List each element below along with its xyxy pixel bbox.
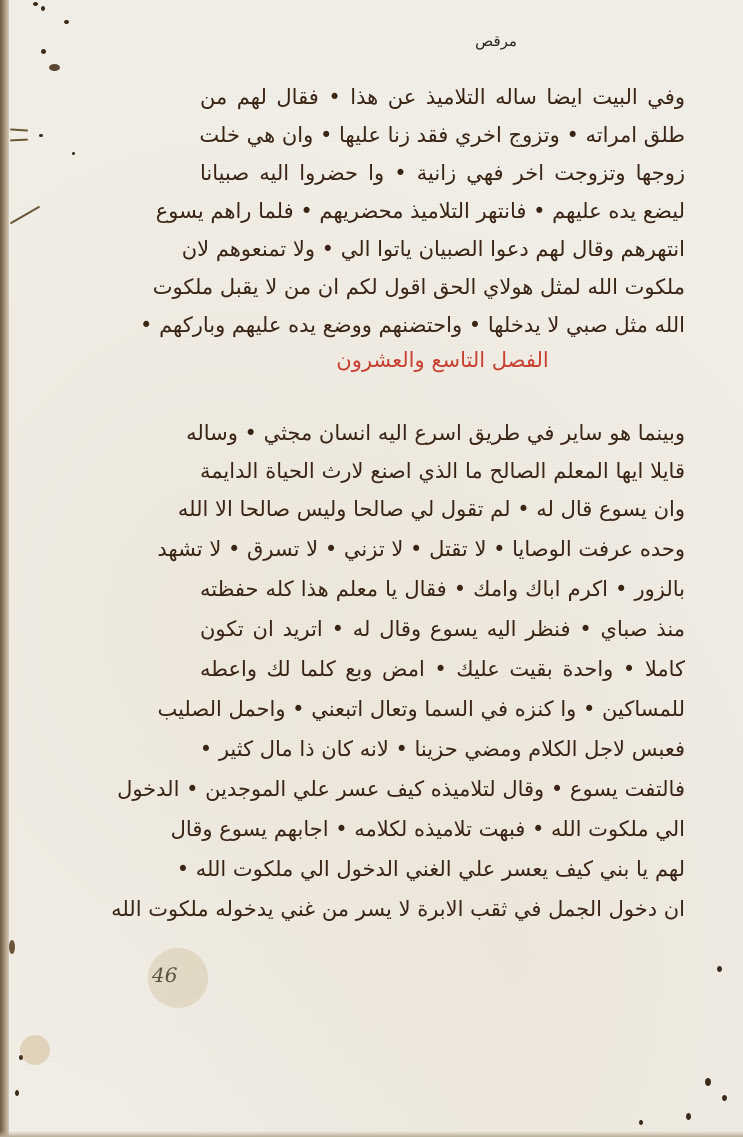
text-line: للمساكين • وا كنزه في السما وتعال اتبعني… bbox=[200, 690, 685, 728]
wormhole bbox=[686, 1113, 691, 1120]
wormhole bbox=[41, 49, 46, 54]
paper-stain bbox=[20, 1035, 50, 1065]
text-line: الله مثل صبي لا يدخلها • واحتضنهم ووضع ي… bbox=[200, 306, 685, 344]
wormhole bbox=[639, 1120, 643, 1125]
wormhole bbox=[717, 966, 722, 972]
text-line: لهم يا بني كيف يعسر علي الغني الدخول الي… bbox=[200, 850, 685, 888]
text-line: فعبس لاجل الكلام ومضي حزينا • لانه كان ذ… bbox=[200, 730, 685, 768]
wormhole bbox=[49, 64, 60, 71]
text-line: وفي البيت ايضا ساله التلاميذ عن هذا • فق… bbox=[200, 78, 685, 116]
text-line: وحده عرفت الوصايا • لا تقتل • لا تزني • … bbox=[200, 530, 685, 568]
manuscript-page: مرقص وفي البيت ايضا ساله التلاميذ عن هذا… bbox=[0, 0, 743, 1137]
wormhole bbox=[9, 940, 15, 954]
chapter-heading: الفصل التاسع والعشرون bbox=[200, 342, 685, 378]
text-line: ليضع يده عليهم • فانتهر التلاميذ محضريهم… bbox=[200, 192, 685, 230]
text-line: زوجها وتزوجت اخر فهي زانية • وا حضروا ال… bbox=[200, 154, 685, 192]
text-line: انتهرهم وقال لهم دعوا الصبيان ياتوا الي … bbox=[200, 230, 685, 268]
text-line: ملكوت الله لمثل هولاي الحق اقول لكم ان م… bbox=[200, 268, 685, 306]
page-edge bbox=[0, 1131, 743, 1137]
wormhole bbox=[15, 1090, 19, 1096]
text-line: طلق امراته • وتزوج اخري فقد زنا عليها • … bbox=[200, 116, 685, 154]
wormhole bbox=[33, 2, 38, 6]
text-line: الي ملكوت الله • فبهت تلاميذه لكلامه • ا… bbox=[200, 810, 685, 848]
text-line: كاملا • واحدة بقيت عليك • امض وبع كلما ل… bbox=[200, 650, 685, 688]
text-line: وبينما هو ساير في طريق اسرع اليه انسان م… bbox=[200, 414, 685, 452]
margin-mark bbox=[10, 206, 40, 225]
wormhole bbox=[39, 134, 43, 137]
running-header: مرقص bbox=[466, 32, 526, 50]
text-line: منذ صباي • فنظر اليه يسوع وقال له • اتري… bbox=[200, 610, 685, 648]
margin-mark bbox=[10, 139, 28, 142]
text-line: فالتفت يسوع • وقال لتلاميذه كيف عسر علي … bbox=[200, 770, 685, 808]
wormhole bbox=[64, 20, 69, 24]
text-line: قايلا ايها المعلم الصالح ما الذي اصنع لا… bbox=[200, 452, 685, 490]
text-line: بالزور • اكرم اباك وامك • فقال يا معلم ه… bbox=[200, 570, 685, 608]
paper-stain bbox=[148, 948, 208, 1008]
wormhole bbox=[705, 1078, 711, 1086]
binding-edge bbox=[0, 0, 9, 1137]
wormhole bbox=[41, 6, 45, 11]
text-line: وان يسوع قال له • لم تقول لي صالحا وليس … bbox=[200, 490, 685, 528]
wormhole bbox=[72, 152, 75, 155]
wormhole bbox=[722, 1095, 727, 1101]
margin-mark bbox=[10, 128, 28, 131]
text-line: ان دخول الجمل في ثقب الابرة لا يسر من غن… bbox=[200, 890, 685, 928]
